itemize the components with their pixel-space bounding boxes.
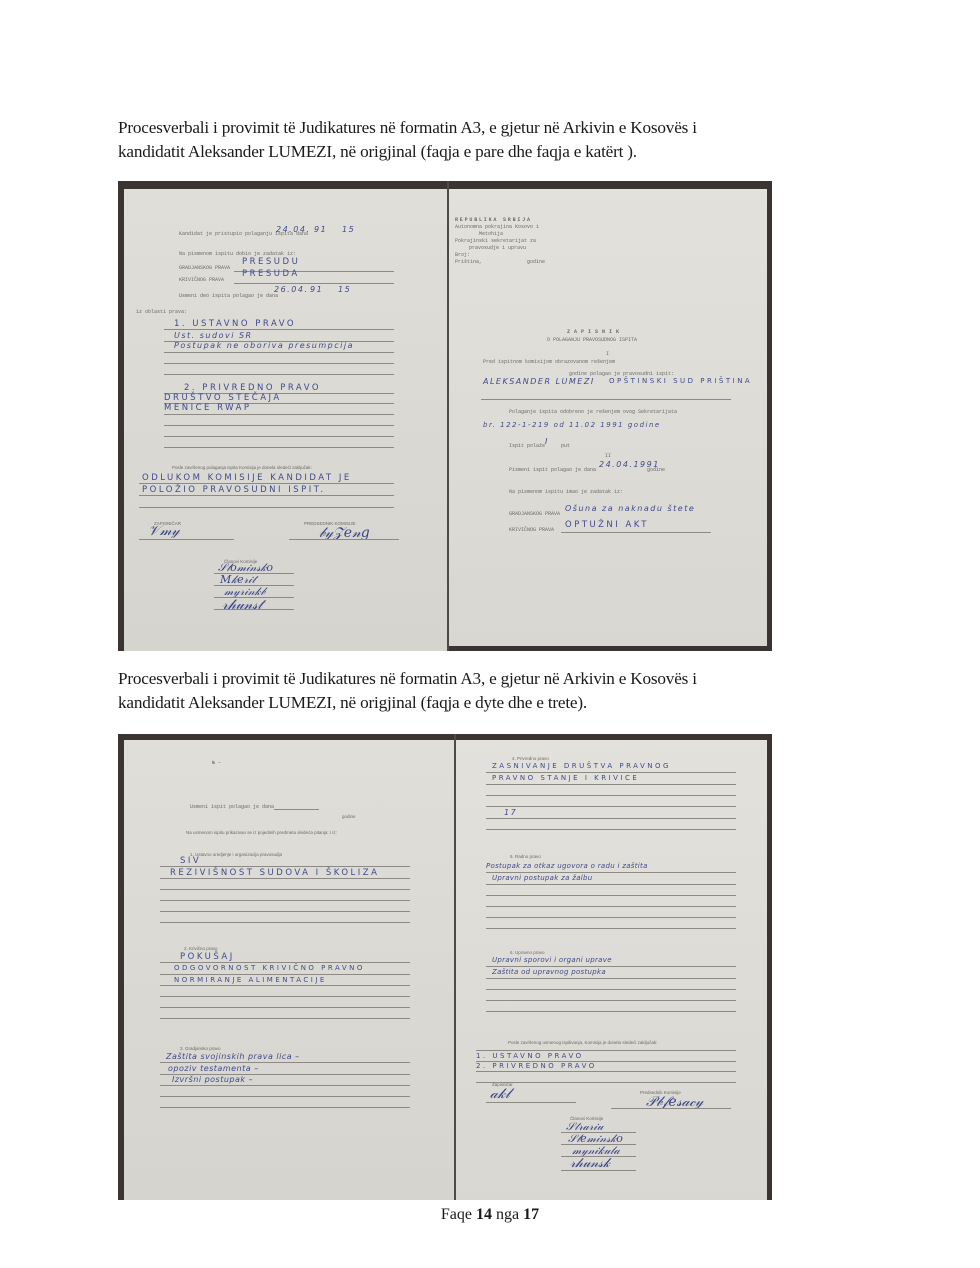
document-page-right: 4. Privredno pravo ZASNIVANJE DRUŠTVA PR… [456, 740, 767, 1200]
printed-header-line: Autonomna pokrajina Kosovo i [455, 224, 539, 230]
printed-section-6-title: 6. Upravno pravo [510, 950, 545, 955]
printed-header-line: Broj: [455, 252, 470, 258]
handwritten-decision-note: 2. PRIVREDNO PRAVO [476, 1062, 597, 1070]
handwritten-s6-note: Zaštita od upravnog postupka [492, 968, 606, 976]
printed-intro: Pred ispitnom komisijom obrazovanom reše… [483, 359, 615, 365]
document-page-left: № – Usmeni ispit polagao je dana godine … [124, 740, 454, 1200]
handwritten-item1-note: Postupak ne oboriva presumpcija [174, 341, 354, 350]
handwritten-s3-note: opoziv testamenta – [168, 1064, 259, 1073]
handwritten-exam-hour: 15 [342, 225, 355, 234]
handwritten-s2-note: ODGOVORNOST KRIVIČNO PRAVNO [174, 964, 365, 972]
printed-usmeni-line: Usmeni ispit polagao je dana [190, 804, 274, 810]
footer-total-pages: 17 [523, 1206, 539, 1223]
printed-section-2-title: 2. Krivično pravo [184, 946, 218, 951]
handwritten-ispit-polaze: I [545, 437, 549, 446]
handwritten-decision-note: 1. USTAVNO PRAVO [476, 1052, 584, 1060]
handwritten-gradjansko: Ošuna za naknadu štete [565, 504, 695, 513]
printed-put: put [561, 443, 570, 449]
printed-header-line: godine [527, 259, 545, 265]
page-footer: Faqe 14 nga 17 [0, 1206, 980, 1224]
handwritten-krivicno: OPTUŽNI AKT [565, 520, 649, 530]
printed-title-zapisnik: ZAPISNIK [567, 329, 623, 335]
caption-second-line1: Procesverbali i provimit të Judikatures … [118, 667, 818, 691]
handwritten-s3-note: Zaštita svojinskih prava lica – [166, 1052, 300, 1061]
handwritten-s4-note: PRAVNO STANJE I KRIVICE [492, 774, 639, 782]
document-photo-first-and-fourth-page: Kandidat je pristupio polaganju ispita d… [118, 181, 772, 651]
handwritten-s2-note: NORMIRANJE ALIMENTACIJE [174, 976, 327, 984]
handwritten-s1-note: SIV [180, 856, 201, 866]
printed-header-line: Metohija [479, 231, 503, 237]
printed-section-1-title: 1. Ustavno uredjenje i organizacija prav… [190, 852, 282, 857]
handwritten-usmeni-hour: 15 [338, 285, 351, 294]
handwritten-s2-note: POKUŠAJ [180, 952, 235, 962]
handwritten-item1-title: 1. USTAVNO PRAVO [174, 319, 296, 329]
handwritten-usmeni-date: 26.04. [274, 285, 308, 294]
printed-krivicno-label: KRIVIČNOG PRAVA [509, 527, 554, 533]
handwritten-exam-date: 24.04. [276, 225, 310, 234]
printed-ispit-polaze: Ispit polaže [509, 443, 545, 449]
handwritten-s6-note: Upravni sporovi i organi uprave [492, 956, 612, 964]
printed-oblasti: iz oblasti prava: [136, 309, 187, 315]
handwritten-item1-note: Ust. sudovi SR [174, 331, 253, 340]
caption-first-line1: Procesverbali i provimit të Judikatures … [118, 116, 818, 140]
footer-middle: nga [496, 1206, 519, 1223]
handwritten-item2-title: 2. PRIVREDNO PRAVO [184, 383, 321, 393]
caption-first-line2: kandidatit Aleksander LUMEZI, në origjin… [118, 140, 818, 164]
printed-gradjansko-label: GRADJANSKOG PRAVA [509, 511, 560, 517]
printed-instruction: Na usmenom ispitu prikazivao se iz pojed… [186, 830, 337, 835]
handwritten-exam-year: 91 [314, 225, 327, 234]
printed-godine: godine [342, 814, 356, 819]
printed-header-line: pravosudje i upravu [469, 245, 526, 251]
handwritten-candidate-name: ALEKSANDER LUMEZI [483, 377, 595, 386]
signature-zapisnicar: 𝒱𝓂𝓎 [148, 523, 180, 539]
footer-page-number: 14 [476, 1206, 492, 1223]
handwritten-s4-note: ZASNIVANJE DRUŠTVA PRAVNOG [492, 762, 671, 770]
handwritten-decision-2: POLOŽIO PRAVOSUDNI ISPIT. [142, 485, 326, 495]
printed-na-pismenom: Na pismenom ispitu imao je zadatak iz: [509, 489, 623, 495]
printed-decision-label: Posle završenog polaganja ispita Komisij… [172, 465, 312, 470]
caption-second-line2: kandidatit Aleksander LUMEZI, në origjin… [118, 691, 818, 715]
printed-godine: godine [647, 467, 665, 473]
printed-polaganje: Polaganje ispita odobreno je rešenjem ov… [509, 409, 677, 415]
handwritten-decision-1: ODLUKOM KOMISIJE KANDIDAT JE [142, 473, 352, 483]
handwritten-s5-note: Postupak za otkaz ugovora o radu i zašti… [486, 862, 648, 870]
printed-label-gradjansko: GRADJANSKOG PRAVA [179, 265, 230, 271]
printed-subtitle: O POLAGANJU PRAVOSUDNOG ISPITA [547, 337, 637, 343]
printed-section-1: I [606, 351, 609, 357]
handwritten-s1-note: REZIVIŠNOST SUDOVA I ŠKOLIZA [170, 868, 379, 878]
printed-section-5-title: 5. Radno pravo [510, 854, 541, 859]
handwritten-usmeni-year: 91 [310, 285, 323, 294]
printed-section-4-title: 4. Privredno pravo [512, 756, 549, 761]
printed-header-line: Priština, [455, 259, 482, 265]
document-page-right: REPUBLIKA SRBIJA Autonomna pokrajina Kos… [449, 189, 767, 646]
caption-second: Procesverbali i provimit të Judikatures … [118, 667, 818, 715]
handwritten-item2-note: MENICE RWAP [164, 403, 252, 413]
printed-label-krivicno: KRIVIČNOG PRAVA [179, 277, 224, 283]
printed-section-2: II [605, 453, 611, 459]
handwritten-workplace: OPŠTINSKI SUD PRIŠTINA [609, 377, 752, 385]
handwritten-s5-note: Upravni postupak za žalbu [492, 874, 593, 882]
signature-member-4: 𝓇𝒽𝓊𝓃𝓈𝓀 [570, 1156, 610, 1171]
document-page-left: Kandidat je pristupio polaganju ispita d… [124, 189, 447, 651]
footer-prefix: Faqe [441, 1206, 472, 1223]
handwritten-item2-note: DRUŠTVO STEČAJA [164, 393, 282, 403]
document-photo-second-and-third-page: № – Usmeni ispit polagao je dana godine … [118, 734, 772, 1200]
handwritten-gradjansko: PRESUDU [242, 257, 300, 267]
printed-usmeni-line: Usmeni deo ispita polagao je dana [179, 293, 278, 299]
handwritten-s3-note: Izvršni postupak – [172, 1075, 253, 1084]
printed-header-republic: REPUBLIKA SRBIJA [455, 217, 532, 223]
handwritten-resenje: br. 122-1-219 od 11.02 1991 godine [483, 421, 661, 429]
printed-header-line: Pokrajinski sekretarijat za [455, 238, 536, 244]
signature-member-4: 𝓇𝒽𝓊𝓃𝓈𝓉 [222, 597, 262, 613]
printed-section-3-title: 3. Gradjansko pravo [180, 1046, 221, 1051]
printed-pismeni: Pismeni ispit polagao je dana [509, 467, 596, 473]
handwritten-krivicno: PRESUDA [242, 269, 300, 279]
caption-first: Procesverbali i provimit të Judikatures … [118, 116, 818, 164]
printed-decision-label: Posle završenog usmenog ispitivanja, Kom… [508, 1040, 657, 1045]
signature-zapisnicar: 𝒶𝓀𝓁 [490, 1086, 510, 1102]
